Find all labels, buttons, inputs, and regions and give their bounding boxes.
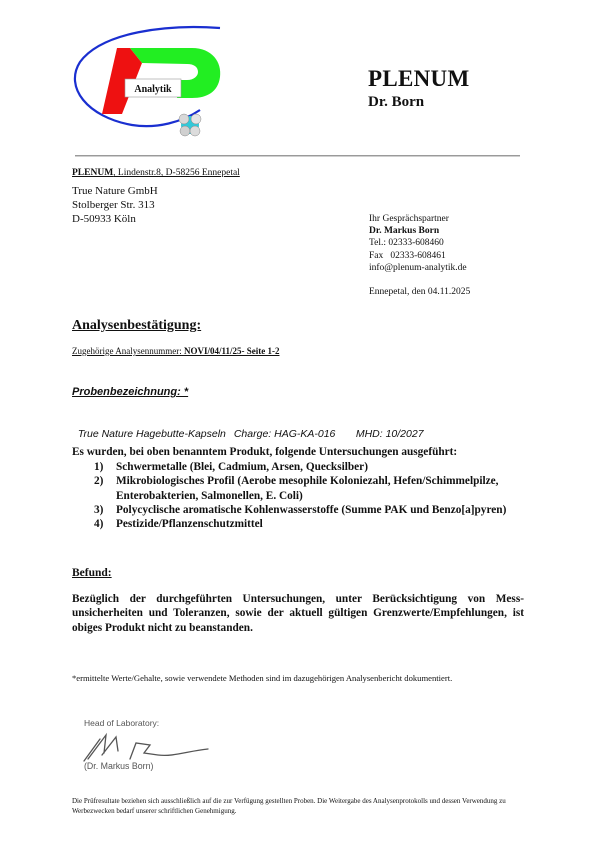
footnote: *ermittelte Werte/Gehalte, sowie verwend… (72, 673, 452, 683)
test-item: 4)Pestizide/Pflanzenschutzmittel (72, 517, 542, 531)
recipient-line: D-50933 Köln (72, 212, 158, 226)
result-text: Bezüglich der durchgeführten Untersuchun… (72, 592, 524, 635)
analysis-number: NOVI/04/11/25- Seite 1-2 (184, 346, 280, 356)
tests-intro: Es wurden, bei oben benanntem Produkt, f… (72, 446, 457, 458)
sample-product: True Nature Hagebutte-Kapseln (78, 428, 234, 440)
sender-company: PLENUM (72, 168, 113, 178)
contact-name: Dr. Markus Born (369, 225, 470, 237)
result-heading: Befund: (72, 567, 112, 579)
recipient-address: True Nature GmbH Stolberger Str. 313 D-5… (72, 184, 158, 226)
analysis-number-line: Zugehörige Analysennummer: NOVI/04/11/25… (72, 346, 279, 356)
analysis-number-label: Zugehörige Analysennummer: (72, 346, 184, 356)
contact-label: Ihr Gesprächspartner (369, 213, 470, 225)
test-item: 3)Polycyclische aromatische Kohlenwasser… (72, 503, 542, 517)
company-owner: Dr. Born (368, 94, 424, 111)
signatory-name: (Dr. Markus Born) (84, 761, 153, 771)
confirmation-heading: Analysenbestätigung: (72, 318, 201, 334)
recipient-line: True Nature GmbH (72, 184, 158, 198)
header-divider (75, 155, 520, 157)
tests-list: 1)Schwermetalle (Blei, Cadmium, Arsen, Q… (72, 460, 542, 531)
molecule-icon (179, 114, 201, 136)
contact-phone: Tel.: 02333-608460 (369, 237, 470, 249)
contact-email: info@plenum-analytik.de (369, 262, 470, 274)
company-name: PLENUM (368, 66, 469, 92)
sample-charge: Charge: HAG-KA-016 (234, 428, 356, 440)
contact-fax: Fax 02333-608461 (369, 250, 470, 262)
letter-date: Ennepetal, den 04.11.2025 (369, 286, 470, 298)
plenum-analytik-logo: Analytik (72, 22, 222, 142)
sender-address: , Lindenstr.8, D-58256 Ennepetal (113, 168, 240, 178)
logo-label: Analytik (134, 84, 172, 95)
test-item: 2)Mikrobiologisches Profil (Aerobe mesop… (72, 474, 542, 503)
sample-details: True Nature Hagebutte-KapselnCharge: HAG… (72, 416, 424, 440)
signature-label: Head of Laboratory: (84, 718, 159, 728)
test-item: 1)Schwermetalle (Blei, Cadmium, Arsen, Q… (72, 460, 542, 474)
recipient-line: Stolberger Str. 313 (72, 198, 158, 212)
sample-heading: Probenbezeichnung: * (72, 386, 188, 398)
sender-address-line: PLENUM, Lindenstr.8, D-58256 Ennepetal (72, 168, 240, 178)
contact-block: Ihr Gesprächspartner Dr. Markus Born Tel… (369, 213, 470, 298)
disclaimer: Die Prüfresultate beziehen sich ausschli… (72, 797, 532, 816)
sample-mhd: MHD: 10/2027 (356, 428, 424, 440)
